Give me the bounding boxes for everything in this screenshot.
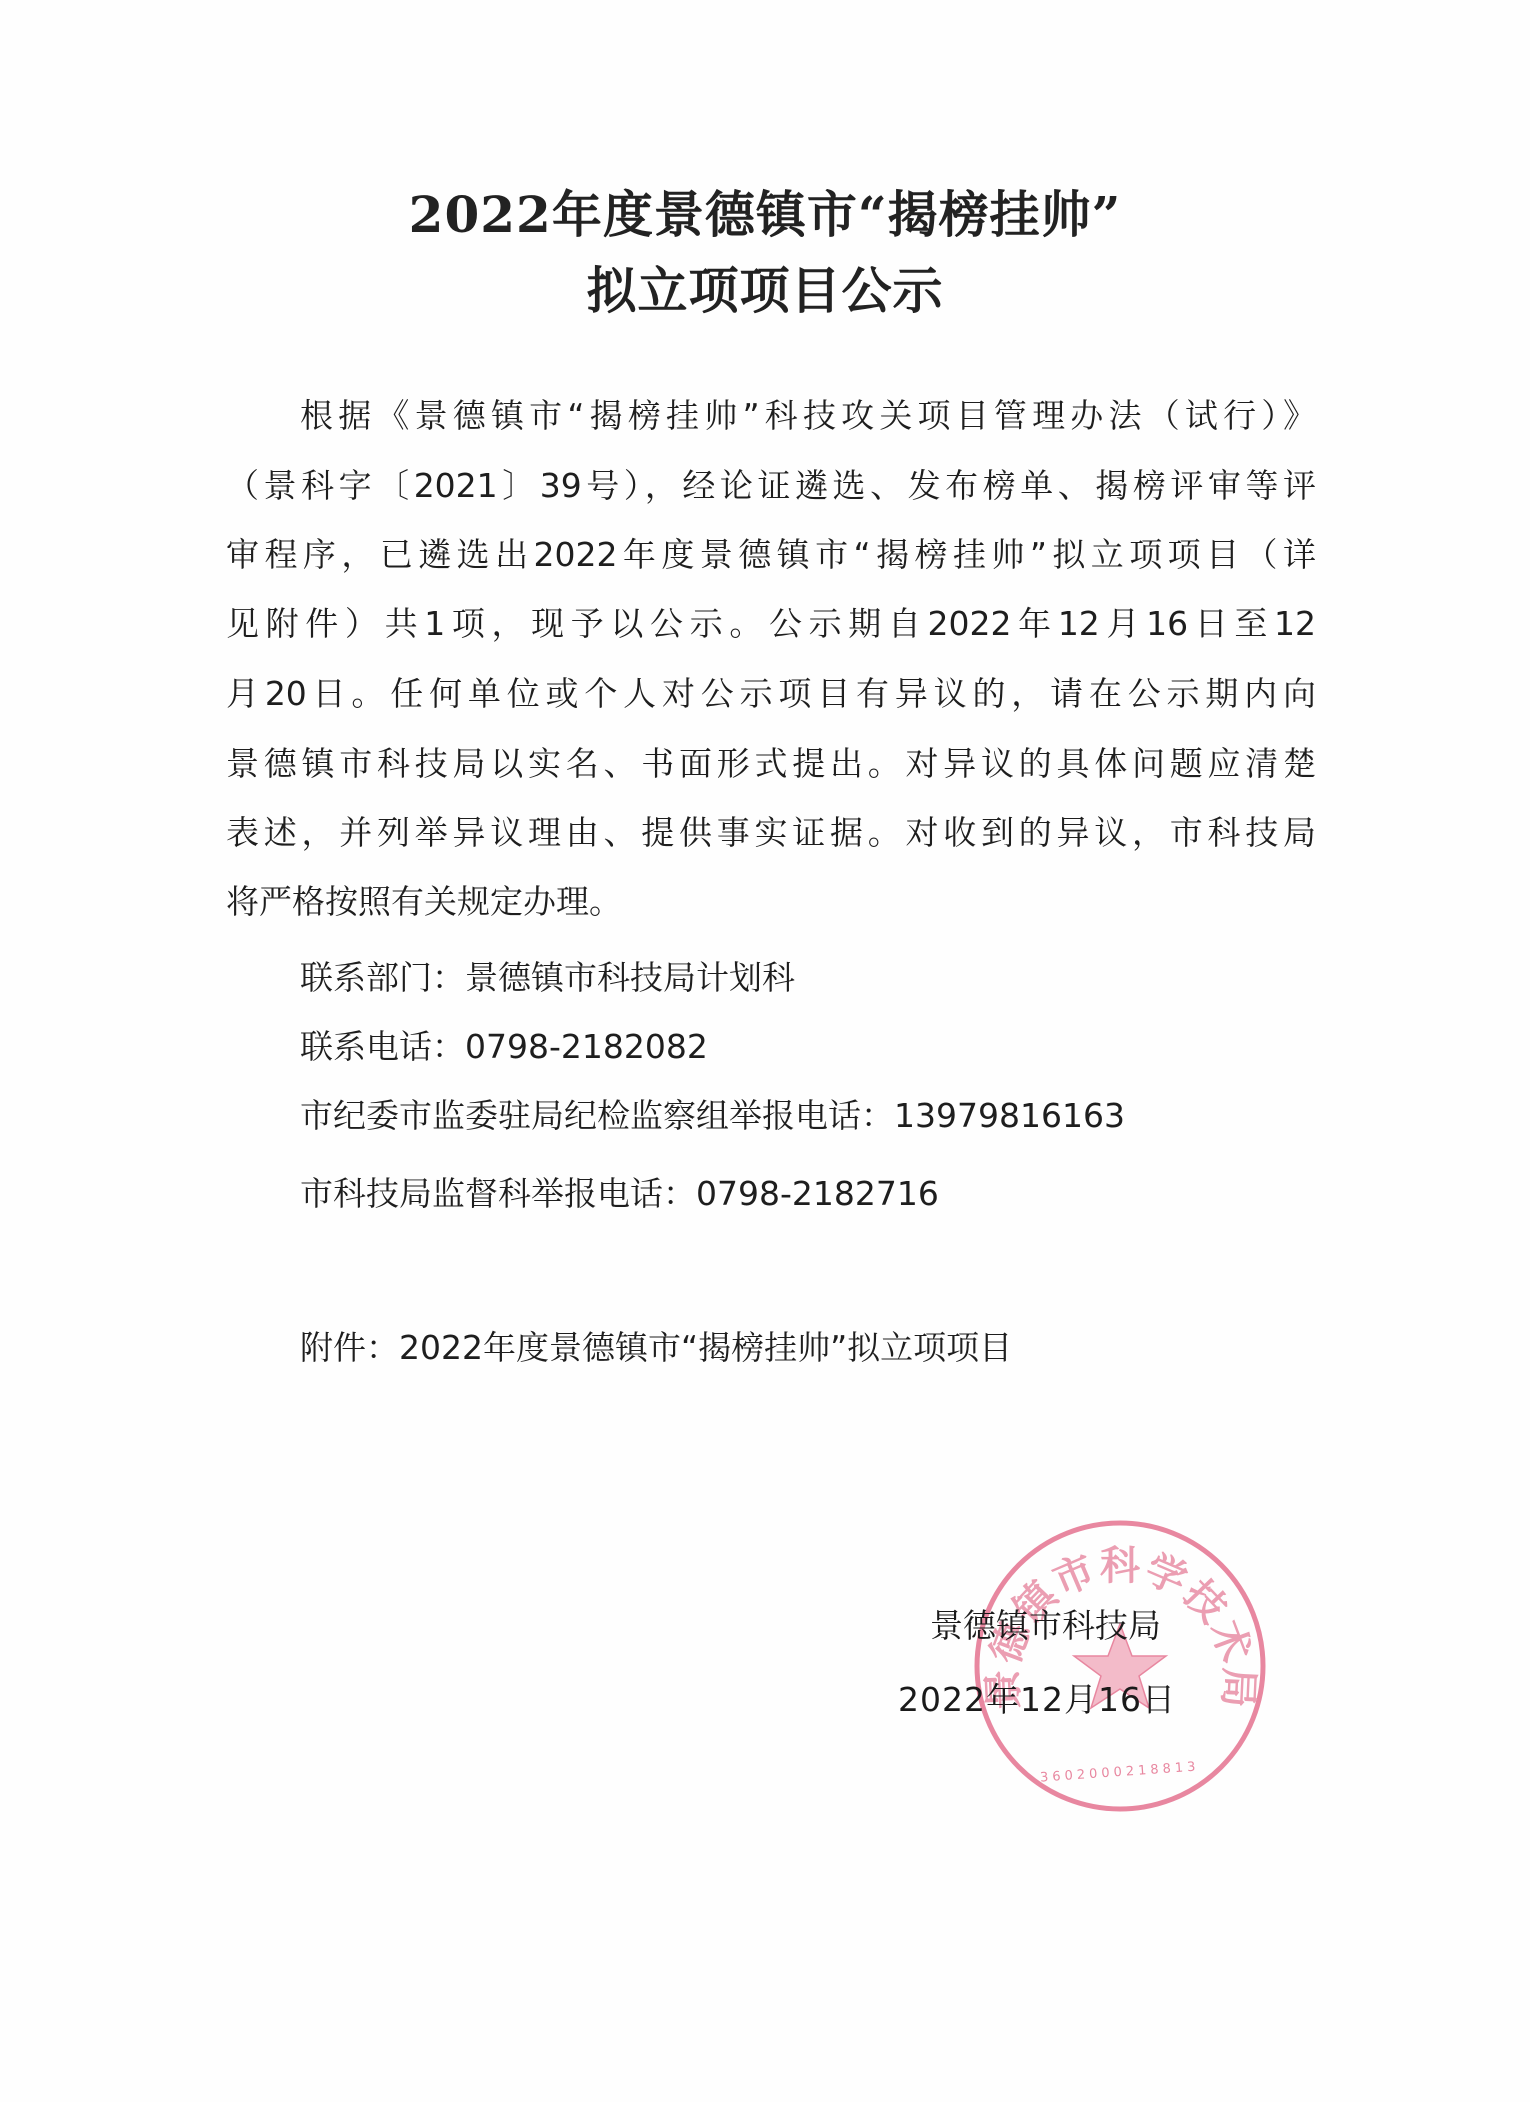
body-line: （景科字〔2021〕39号），经论证遴选、发布榜单、揭榜评审等评 xyxy=(226,466,1316,506)
body-line: 根据《景德镇市“揭榜挂帅”科技攻关项目管理办法（试行）》 xyxy=(300,396,1316,436)
discipline-report-value: 13979816163 xyxy=(894,1096,1125,1135)
body-line: 审程序，已遴选出2022年度景德镇市“揭榜挂帅”拟立项项目（详 xyxy=(226,535,1316,575)
discipline-report-phone: 市纪委市监委驻局纪检监察组举报电话：13979816163 xyxy=(300,1096,1125,1136)
contact-phone: 联系电话：0798-2182082 xyxy=(300,1027,708,1067)
attachment-value: 2022年度景德镇市“揭榜挂帅”拟立项项目 xyxy=(399,1328,1012,1367)
document-page: 2022年度景德镇市“揭榜挂帅” 拟立项项目公示 根据《景德镇市“揭榜挂帅”科技… xyxy=(0,0,1530,2102)
contact-phone-value: 0798-2182082 xyxy=(465,1027,708,1066)
official-seal-icon: 景德镇市科学技术局 3602000218813 xyxy=(972,1518,1268,1814)
document-title-line1: 2022年度景德镇市“揭榜挂帅” xyxy=(0,186,1530,244)
contact-phone-label: 联系电话： xyxy=(300,1027,465,1066)
signature-date: 2022年12月16日 xyxy=(898,1680,1176,1720)
svg-text:3602000218813: 3602000218813 xyxy=(1040,1759,1200,1785)
document-title-line2: 拟立项项目公示 xyxy=(0,262,1530,320)
attachment-label: 附件： xyxy=(300,1328,399,1367)
contact-department: 联系部门：景德镇市科技局计划科 xyxy=(300,958,795,998)
supervision-report-label: 市科技局监督科举报电话： xyxy=(300,1174,696,1213)
contact-department-label: 联系部门： xyxy=(300,958,465,997)
body-line: 将严格按照有关规定办理。 xyxy=(226,882,1316,922)
body-line: 月20日。任何单位或个人对公示项目有异议的，请在公示期内向 xyxy=(226,674,1316,714)
supervision-report-phone: 市科技局监督科举报电话：0798-2182716 xyxy=(300,1174,939,1214)
contact-department-value: 景德镇市科技局计划科 xyxy=(465,958,795,997)
attachment-line: 附件：2022年度景德镇市“揭榜挂帅”拟立项项目 xyxy=(300,1328,1012,1368)
signature-organization: 景德镇市科技局 xyxy=(930,1606,1161,1646)
discipline-report-label: 市纪委市监委驻局纪检监察组举报电话： xyxy=(300,1096,894,1135)
body-line: 表述，并列举异议理由、提供事实证据。对收到的异议，市科技局 xyxy=(226,813,1316,853)
supervision-report-value: 0798-2182716 xyxy=(696,1174,939,1213)
body-line: 见附件）共1项，现予以公示。公示期自2022年12月16日至12 xyxy=(226,604,1316,644)
body-line: 景德镇市科技局以实名、书面形式提出。对异议的具体问题应清楚 xyxy=(226,744,1316,784)
